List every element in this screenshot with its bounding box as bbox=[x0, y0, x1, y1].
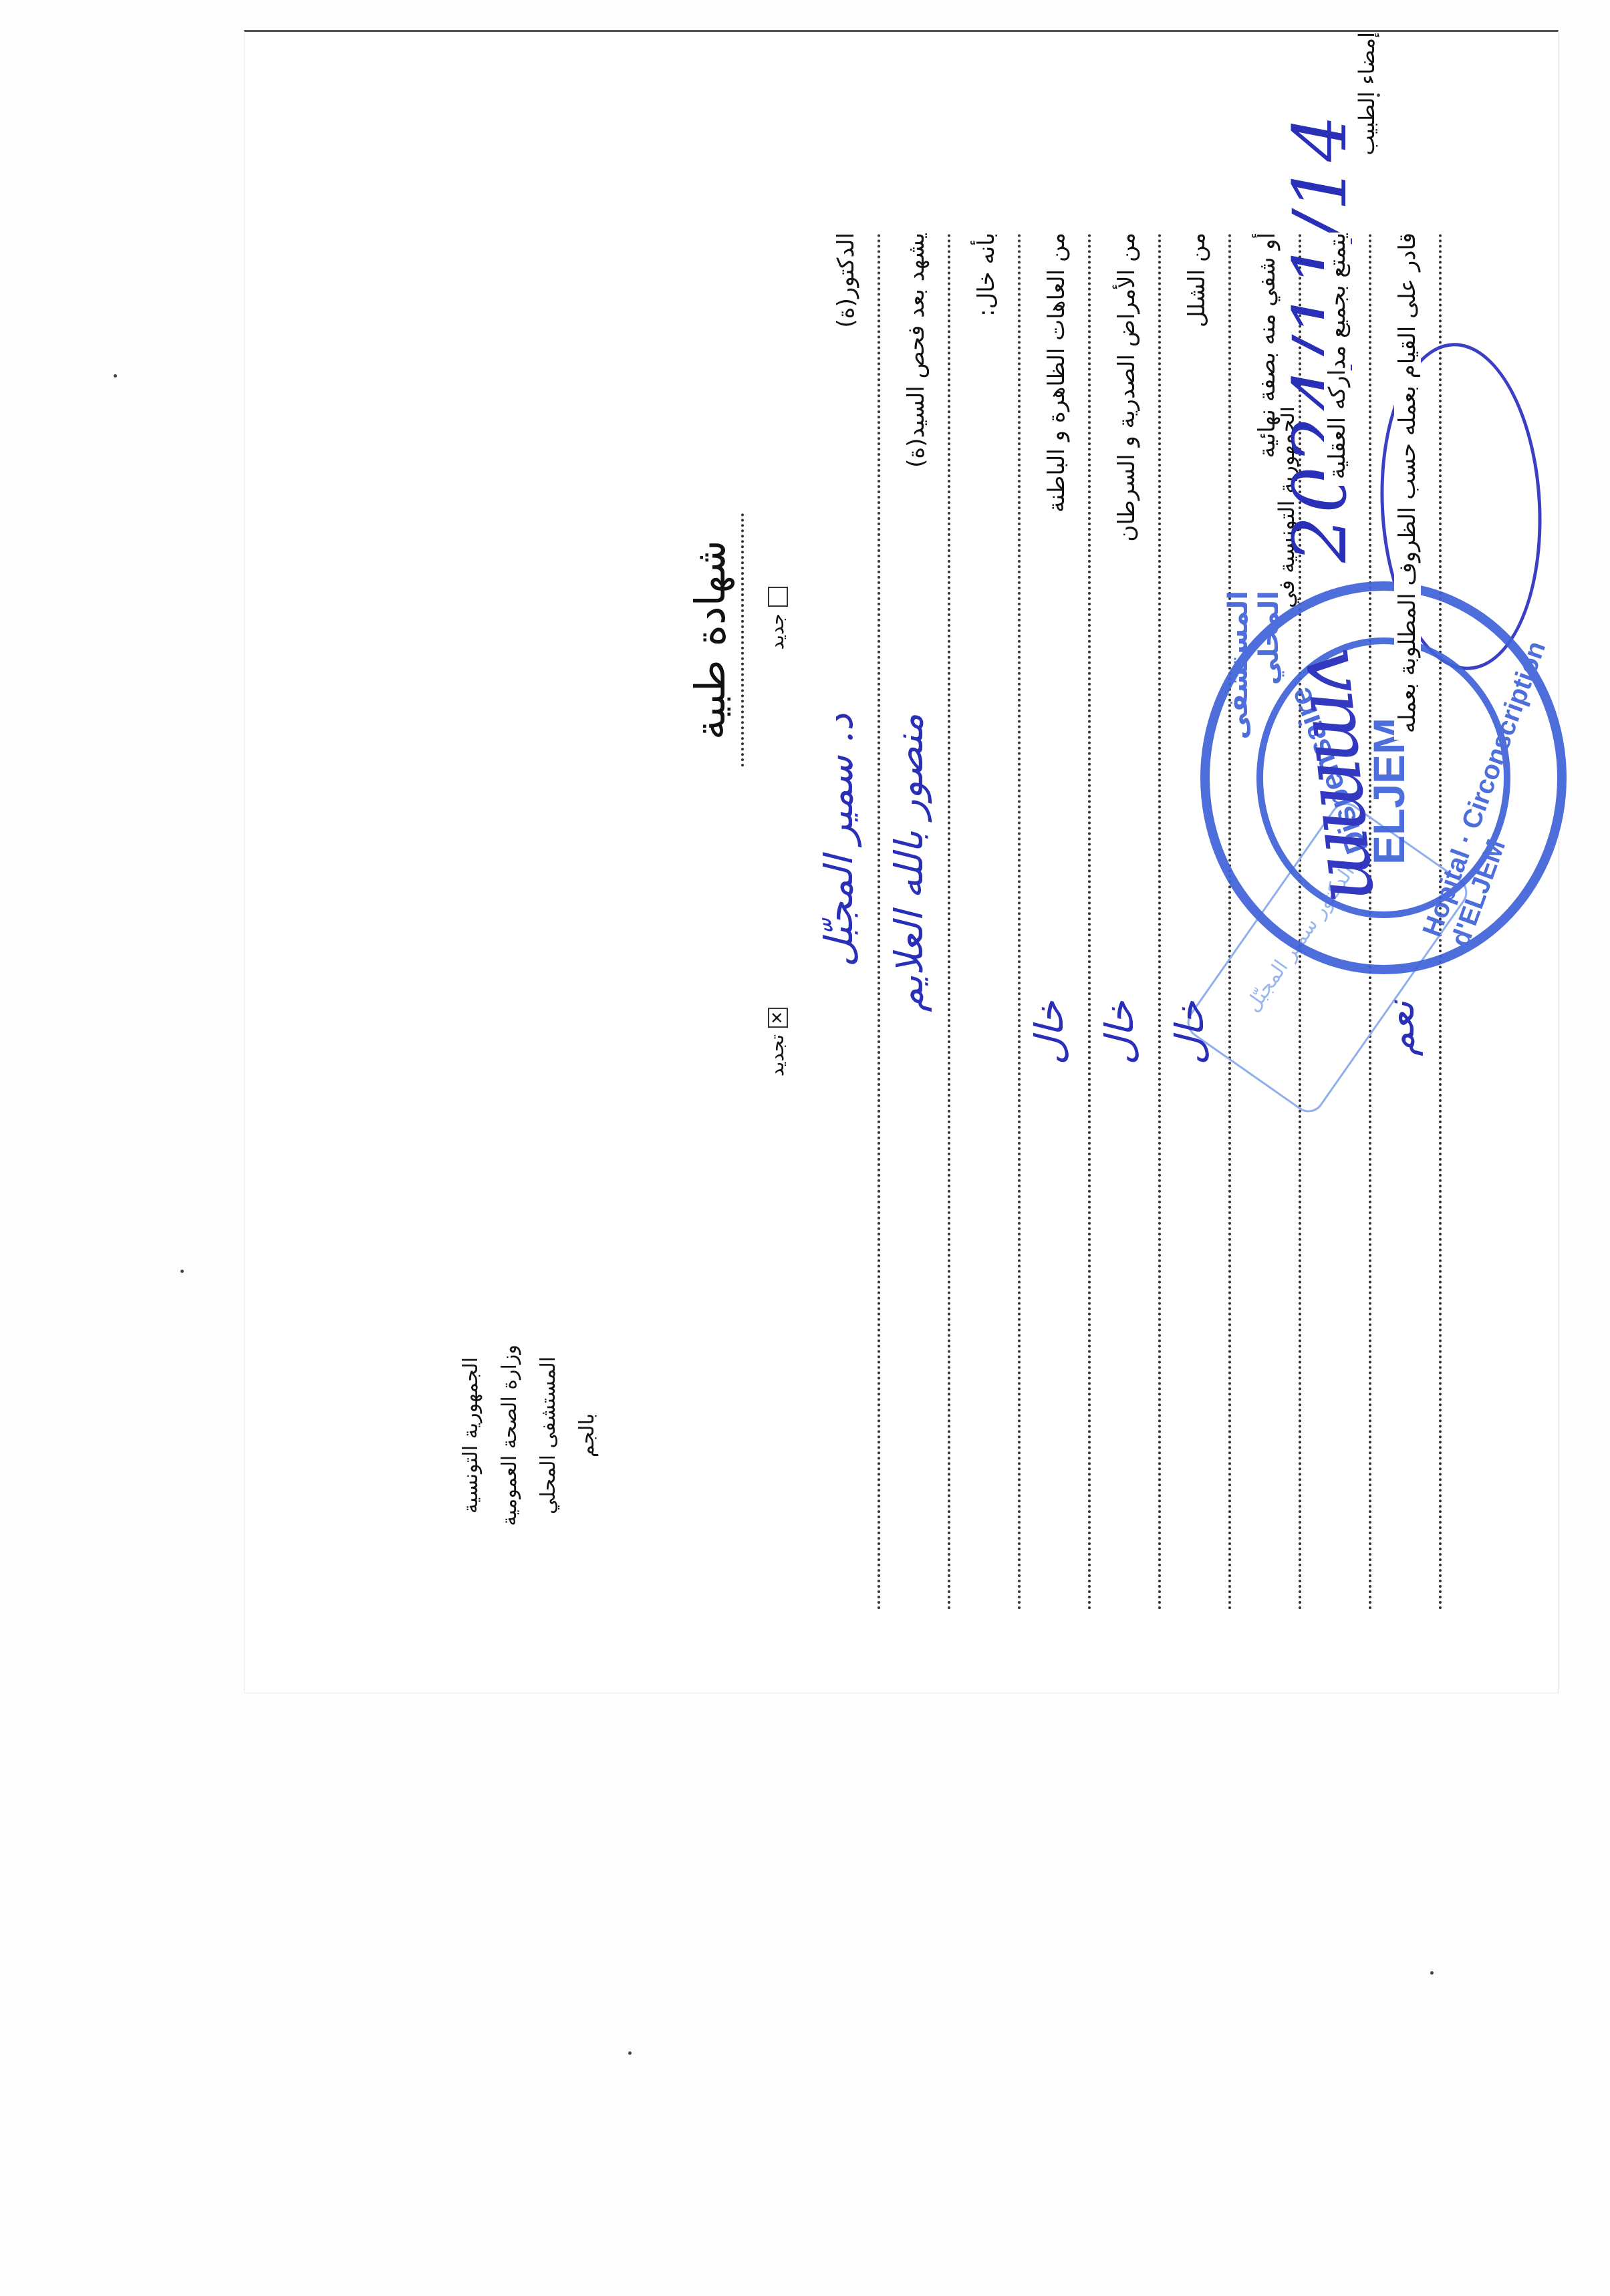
handwritten-entry: خال bbox=[1097, 1001, 1142, 1065]
dotted-fill-line bbox=[1158, 233, 1161, 1609]
header-city: بالجم bbox=[568, 1262, 607, 1609]
dotted-fill-line bbox=[1018, 233, 1021, 1609]
line-label: بأنه خال: bbox=[973, 233, 1000, 323]
line-label: من الشلل bbox=[1184, 233, 1210, 334]
dotted-fill-line bbox=[1088, 233, 1091, 1609]
header-country: الجمهورية التونسية bbox=[452, 1262, 491, 1609]
stamp-arabic-text: المستشفى المحلي bbox=[1223, 591, 1285, 764]
checkbox-new bbox=[768, 587, 788, 607]
certificate-form: الجمهورية التونسية وزارة الصحة العمومية … bbox=[245, 32, 1558, 1693]
certificate-title: شهادة طبية bbox=[686, 513, 744, 766]
certificate-line: من الشللخال bbox=[1184, 233, 1254, 1609]
scan-speck bbox=[628, 2051, 632, 2055]
scan-speck bbox=[114, 374, 117, 378]
header-ministry: وزارة الصحة العمومية bbox=[491, 1262, 529, 1609]
line-label: قادر على القيام بعمله حسب الظروف المطلوب… bbox=[1394, 233, 1421, 740]
certificate-line: يشهد بعد فحص السيد(ة)منصور بالله العلايم bbox=[903, 233, 973, 1609]
title-row: شهادة طبية جديد ✕تجديد bbox=[686, 346, 779, 1348]
handwritten-entry: د. سمير المجبّل bbox=[816, 714, 861, 967]
doctor-signature-label: إمضاء الطبيب bbox=[1354, 32, 1379, 155]
handwritten-entry: نعم bbox=[1377, 1001, 1423, 1056]
certificate-line: من الأمراض الصدرية و السرطانخال bbox=[1113, 233, 1184, 1609]
dotted-fill-line bbox=[948, 233, 950, 1609]
handwritten-entry: خال bbox=[1167, 1001, 1212, 1065]
certificate-line: بأنه خال: bbox=[973, 233, 1043, 1609]
dotted-fill-line bbox=[878, 233, 880, 1609]
line-label: من الأمراض الصدرية و السرطان bbox=[1113, 233, 1140, 549]
scan-speck bbox=[180, 1270, 184, 1273]
letterhead: الجمهورية التونسية وزارة الصحة العمومية … bbox=[452, 1262, 607, 1609]
option-renew: ✕تجديد bbox=[766, 1008, 788, 1077]
line-label: أو شفي منه بصفة نهائية bbox=[1254, 233, 1281, 465]
scan-speck bbox=[1430, 1971, 1434, 1975]
dotted-fill-line bbox=[1228, 233, 1231, 1609]
scan-speck bbox=[1377, 94, 1380, 97]
handwritten-entry: منصور بالله العلايم bbox=[886, 714, 932, 1012]
handwritten-entry: خال bbox=[1027, 1001, 1072, 1065]
line-label: يشهد بعد فحص السيد(ة) bbox=[903, 233, 930, 474]
certificate-paper: الجمهورية التونسية وزارة الصحة العمومية … bbox=[244, 30, 1559, 1693]
header-hospital: المستشفى المحلي bbox=[529, 1262, 568, 1609]
scan-page: الجمهورية التونسية وزارة الصحة العمومية … bbox=[0, 0, 1610, 2296]
line-label: الدكتور(ة) bbox=[833, 233, 859, 334]
option-new: جديد bbox=[766, 587, 788, 650]
checkbox-renew: ✕ bbox=[768, 1008, 788, 1028]
line-label: من العاهات الظاهرة و الباطنة bbox=[1043, 233, 1070, 519]
line-label: يتمتع بجميع مداركه العقلية bbox=[1324, 233, 1351, 486]
certificate-line: من العاهات الظاهرة و الباطنةخال bbox=[1043, 233, 1113, 1609]
dispensary-round-stamp: المستشفى المحلي Dispensaire ELJEM Hopita… bbox=[1200, 581, 1567, 974]
